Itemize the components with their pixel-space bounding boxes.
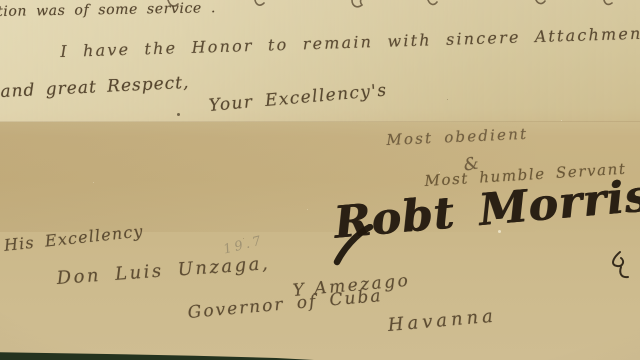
letter-line-honor: I have the Honor to remain with sincere … [60,23,640,61]
recipient-name: Don Luis Unzaga, [56,253,271,289]
letter-line-respect: and great Respect, [0,73,190,102]
letter-line-most-obedient: Most obedient [386,125,529,149]
recipient-city: Havanna [387,305,498,335]
letter-line-service: tion was of some service . [0,0,216,20]
ink-layer: tion was of some service . I have the Ho… [0,0,640,360]
letter-photo: tion was of some service . I have the Ho… [0,0,640,360]
recipient-his-excellency: His Excellency [3,221,145,255]
letter-line-excellencys: Your Excellency's [208,80,388,116]
paper-specks [0,0,3,3]
recipient-title: Governor of Cuba [187,286,383,323]
signature-flourish [598,250,636,284]
